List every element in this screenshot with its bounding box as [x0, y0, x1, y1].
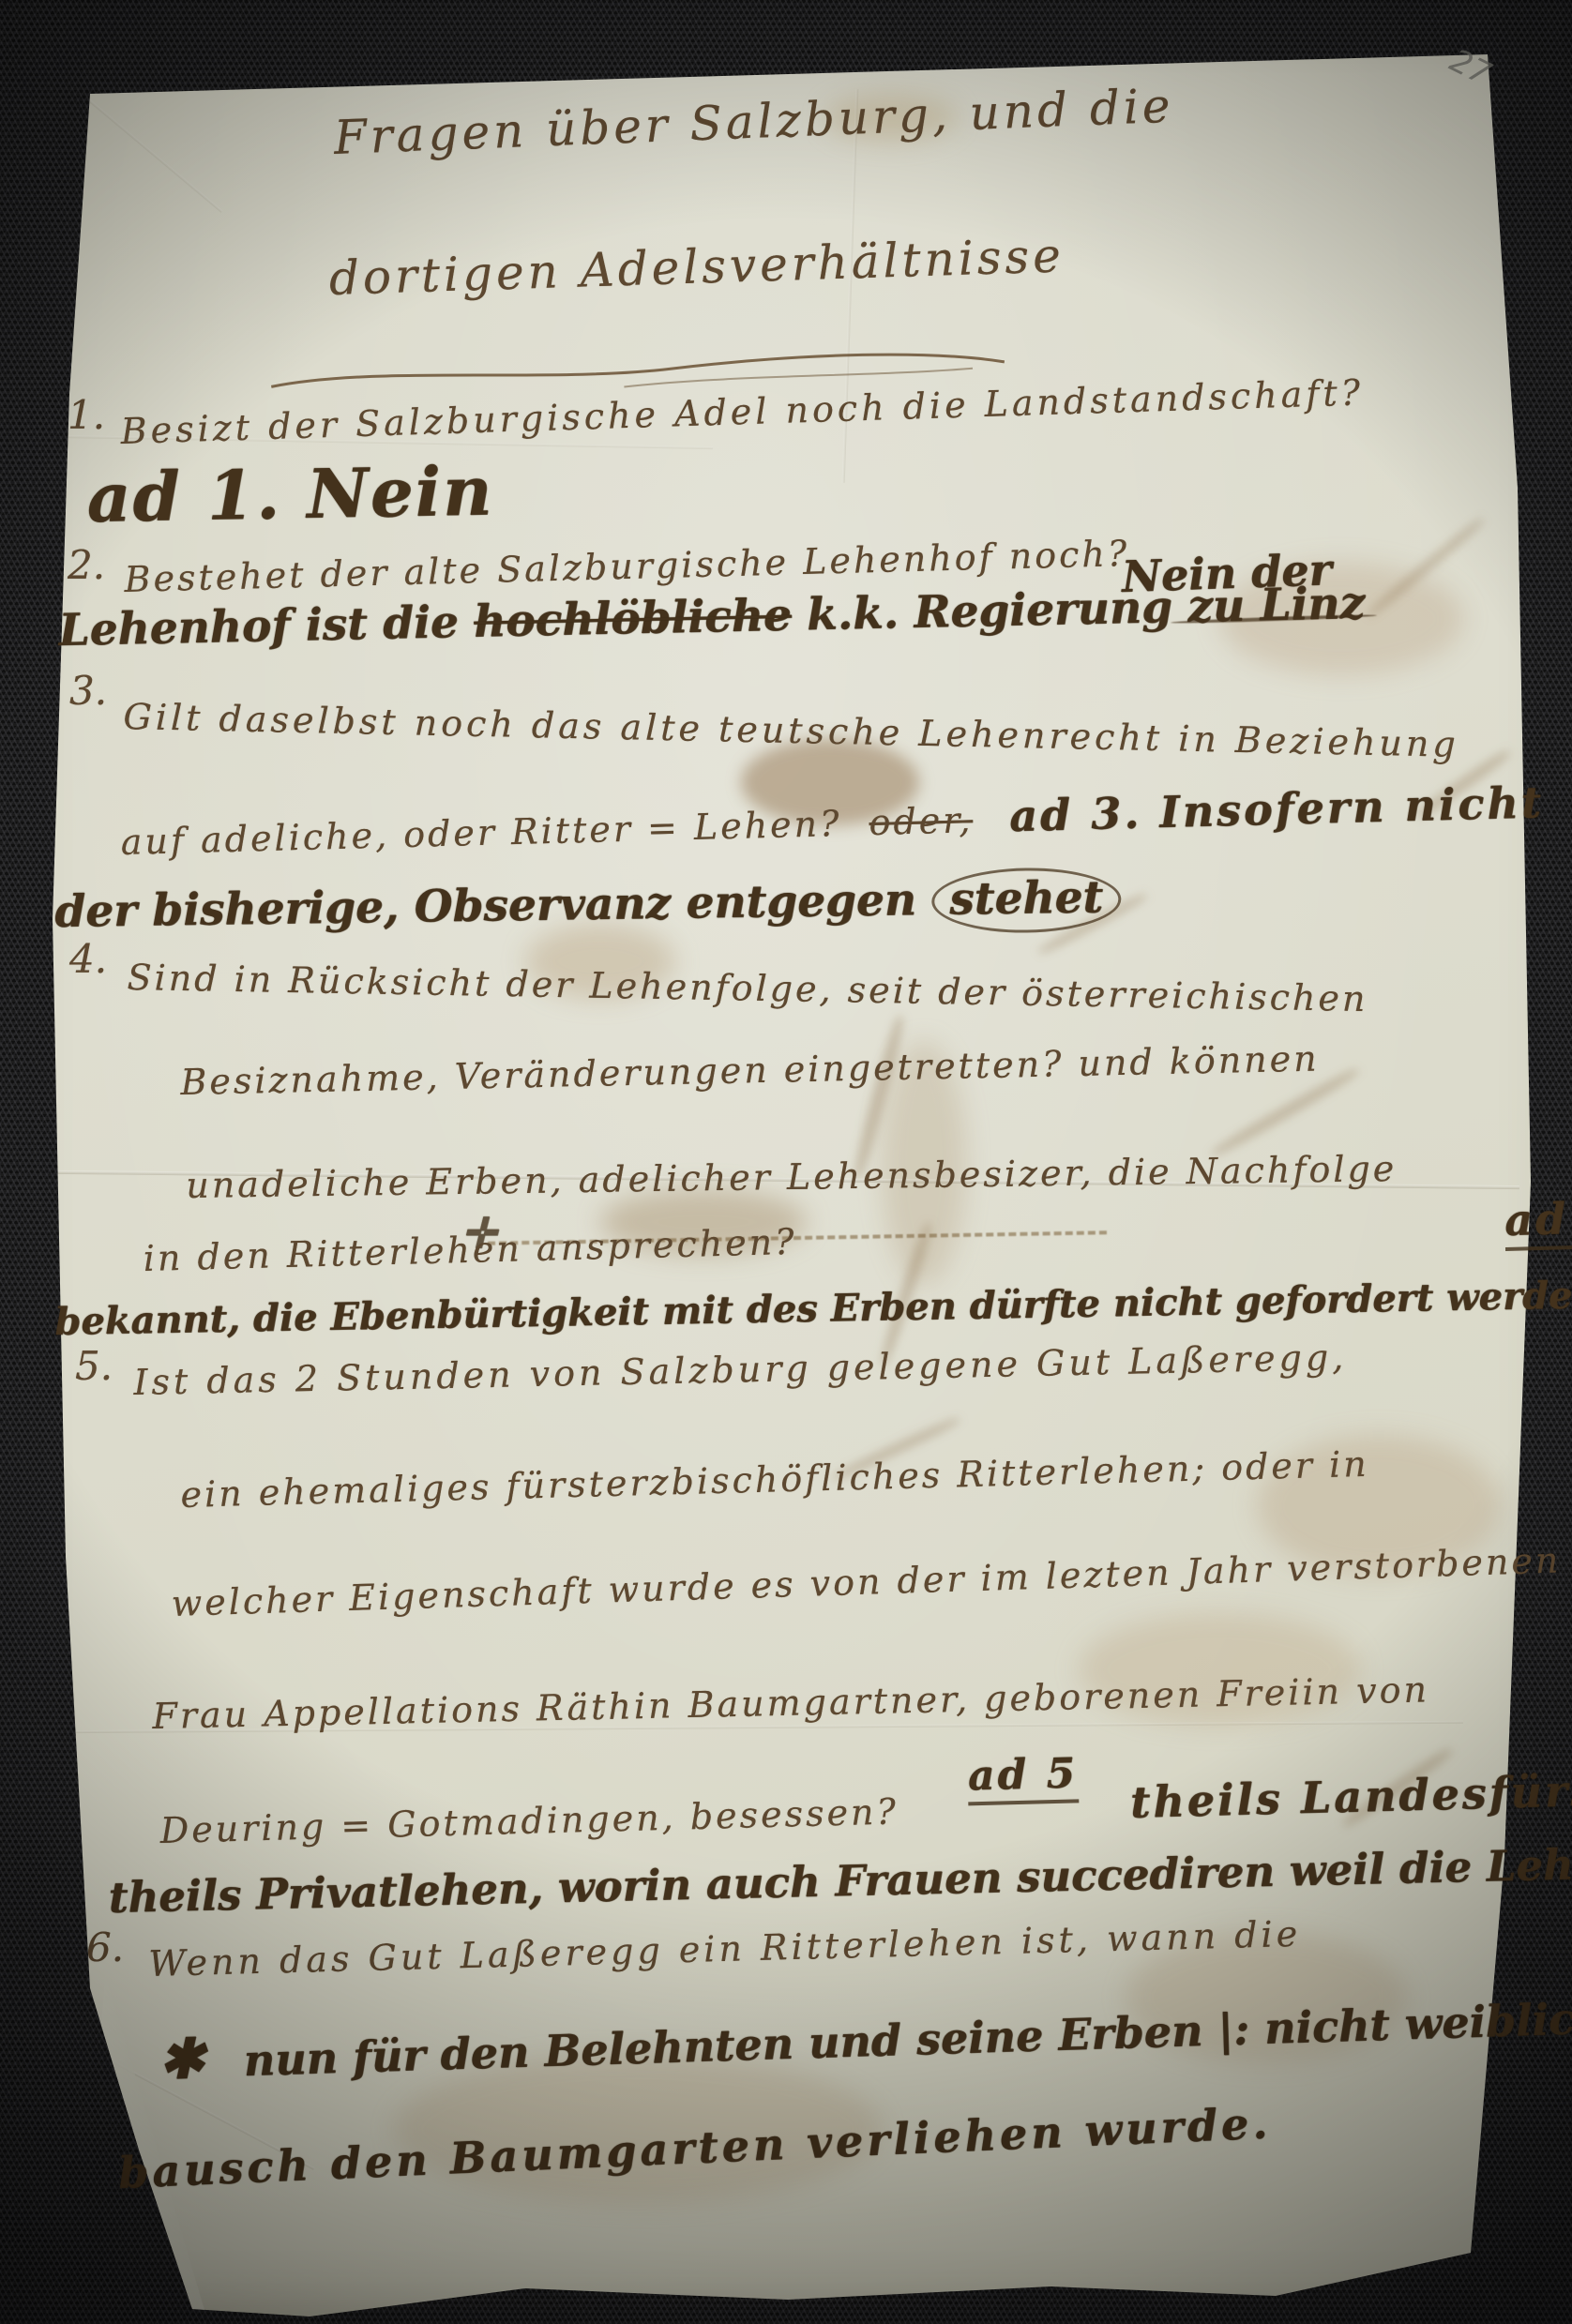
- photo-vignette: [0, 0, 1572, 2324]
- manuscript-photo: 27 Fragen über Salzburg, und die dortige…: [0, 0, 1572, 2324]
